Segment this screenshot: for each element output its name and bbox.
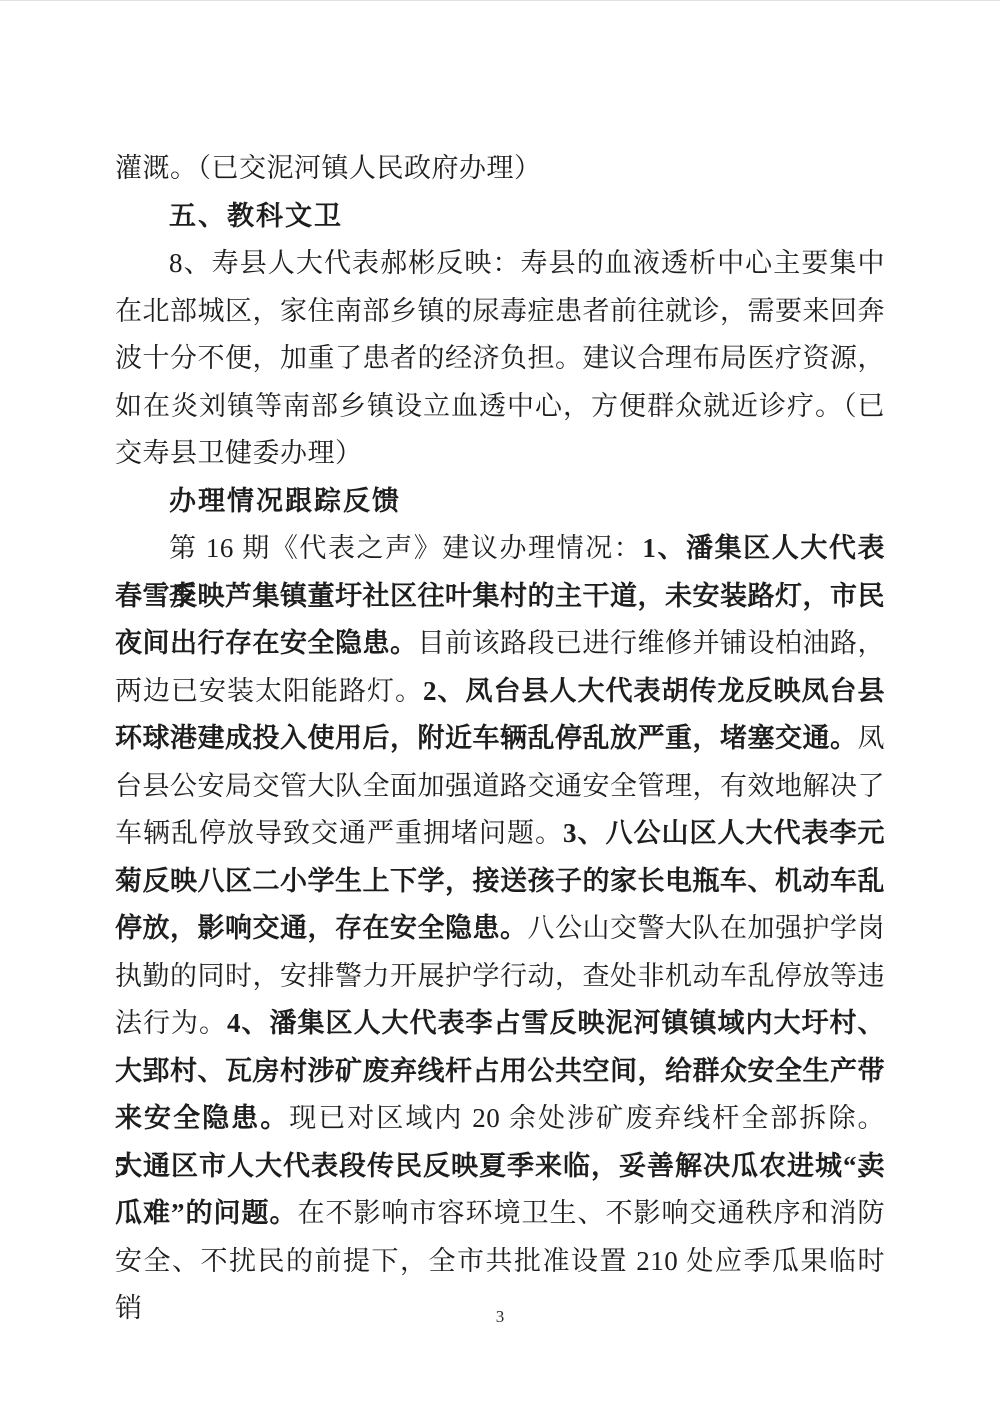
- text-run: 车辆乱停放导致交通严重拥堵问题。: [115, 818, 563, 848]
- bold-text-run: 春雪反映芦集镇董圩社区往叶集村的主干道，未安装路灯，市民: [115, 581, 885, 611]
- bold-text-run: 来安全隐患。: [115, 1103, 289, 1133]
- text-run: 在北部城区，家住南部乡镇的尿毒症患者前往就诊，需要来回奔: [115, 296, 885, 326]
- page-top-edge: [0, 0, 1000, 1]
- text-run: 现已对区域内 20 余处涉矿废弃线杆全部拆除。: [289, 1103, 885, 1133]
- body-text-line: 春雪反映芦集镇董圩社区往叶集村的主干道，未安装路灯，市民: [115, 573, 885, 621]
- text-run: 两边已安装太阳能路灯。: [115, 676, 423, 706]
- text-run: 目前该路段已进行维修并铺设柏油路，: [418, 628, 886, 658]
- text-run: 凤: [858, 723, 886, 753]
- body-text-line: 环球港建成投入使用后，附近车辆乱停乱放严重，堵塞交通。凤: [115, 715, 885, 763]
- body-text-line: 8、寿县人大代表郝彬反映：寿县的血液透析中心主要集中: [115, 240, 885, 288]
- text-run: 八公山交警大队在加强护学岗: [528, 913, 886, 943]
- bold-text-run: 环球港建成投入使用后，附近车辆乱停乱放严重，堵塞交通。: [115, 723, 858, 753]
- bold-text-run: 3、八公山区人大代表李元: [563, 818, 885, 848]
- body-text-line: 停放，影响交通，存在安全隐患。八公山交警大队在加强护学岗: [115, 905, 885, 953]
- text-run: 交寿县卫健委办理）: [115, 438, 363, 468]
- bold-text-run: 办理情况跟踪反馈: [169, 486, 401, 516]
- body-text-line: 夜间出行存在安全隐患。目前该路段已进行维修并铺设柏油路，: [115, 620, 885, 668]
- body-text-line: 法行为。4、潘集区人大代表李占雪反映泥河镇镇域内大圩村、: [115, 1000, 885, 1048]
- bold-text-run: 夜间出行存在安全隐患。: [115, 628, 418, 658]
- bold-text-run: 2、凤台县人大代表胡传龙反映凤台县: [423, 676, 885, 706]
- body-text-line: 瓜难”的问题。在不影响市容环境卫生、不影响交通秩序和消防: [115, 1190, 885, 1238]
- section-heading-line: 五、教科文卫: [115, 193, 885, 241]
- bold-text-run: 停放，影响交通，存在安全隐患。: [115, 913, 528, 943]
- body-text-line: 第 16 期《代表之声》建议办理情况：1、潘集区人大代表李: [115, 525, 885, 573]
- bold-text-run: 瓜难”的问题。: [115, 1198, 298, 1228]
- body-text-line: 来安全隐患。现已对区域内 20 余处涉矿废弃线杆全部拆除。5、: [115, 1095, 885, 1143]
- text-run: 第 16 期《代表之声》建议办理情况：: [169, 533, 642, 563]
- text-run: 台县公安局交管大队全面加强道路交通安全管理，有效地解决了: [115, 771, 885, 801]
- body-text-line: 在北部城区，家住南部乡镇的尿毒症患者前往就诊，需要来回奔: [115, 288, 885, 336]
- bold-text-run: 大通区市人大代表段传民反映夏季来临，妥善解决瓜农进城“卖: [115, 1151, 885, 1181]
- body-text-line: 大郢村、瓦房村涉矿废弃线杆占用公共空间，给群众安全生产带: [115, 1048, 885, 1096]
- text-run: 如在炎刘镇等南部乡镇设立血透中心，方便群众就近诊疗。（已: [115, 391, 885, 421]
- body-text-line: 波十分不便，加重了患者的经济负担。建议合理布局医疗资源，: [115, 335, 885, 383]
- document-body: 灌溉。（已交泥河镇人民政府办理）五、教科文卫8、寿县人大代表郝彬反映：寿县的血液…: [115, 145, 885, 1285]
- body-text-line: 菊反映八区二小学生上下学，接送孩子的家长电瓶车、机动车乱: [115, 858, 885, 906]
- text-run: 在不影响市容环境卫生、不影响交通秩序和消防: [298, 1198, 886, 1228]
- text-run: 波十分不便，加重了患者的经济负担。建议合理布局医疗资源，: [115, 343, 885, 373]
- document-page: 灌溉。（已交泥河镇人民政府办理）五、教科文卫8、寿县人大代表郝彬反映：寿县的血液…: [0, 0, 1000, 1415]
- bold-text-run: 菊反映八区二小学生上下学，接送孩子的家长电瓶车、机动车乱: [115, 866, 885, 896]
- body-text-line: 车辆乱停放导致交通严重拥堵问题。3、八公山区人大代表李元: [115, 810, 885, 858]
- body-text-line: 执勤的同时，安排警力开展护学行动，查处非机动车乱停放等违: [115, 953, 885, 1001]
- bold-text-run: 五、教科文卫: [169, 201, 343, 231]
- body-text-line: 灌溉。（已交泥河镇人民政府办理）: [115, 145, 885, 193]
- page-number: 3: [0, 1305, 1000, 1329]
- text-run: 执勤的同时，安排警力开展护学行动，查处非机动车乱停放等违: [115, 961, 885, 991]
- body-text-line: 大通区市人大代表段传民反映夏季来临，妥善解决瓜农进城“卖: [115, 1143, 885, 1191]
- bold-text-run: 4、潘集区人大代表李占雪反映泥河镇镇域内大圩村、: [227, 1008, 885, 1038]
- text-run: 8、寿县人大代表郝彬反映：寿县的血液透析中心主要集中: [169, 248, 885, 278]
- body-text-line: 如在炎刘镇等南部乡镇设立血透中心，方便群众就近诊疗。（已: [115, 383, 885, 431]
- body-text-line: 两边已安装太阳能路灯。2、凤台县人大代表胡传龙反映凤台县: [115, 668, 885, 716]
- bold-text-run: 大郢村、瓦房村涉矿废弃线杆占用公共空间，给群众安全生产带: [115, 1056, 885, 1086]
- body-text-line: 交寿县卫健委办理）: [115, 430, 885, 478]
- body-text-line: 安全、不扰民的前提下，全市共批准设置 210 处应季瓜果临时销: [115, 1238, 885, 1286]
- text-run: 灌溉。（已交泥河镇人民政府办理）: [115, 153, 542, 183]
- section-heading-line: 办理情况跟踪反馈: [115, 478, 885, 526]
- text-run: 法行为。: [115, 1008, 227, 1038]
- body-text-line: 台县公安局交管大队全面加强道路交通安全管理，有效地解决了: [115, 763, 885, 811]
